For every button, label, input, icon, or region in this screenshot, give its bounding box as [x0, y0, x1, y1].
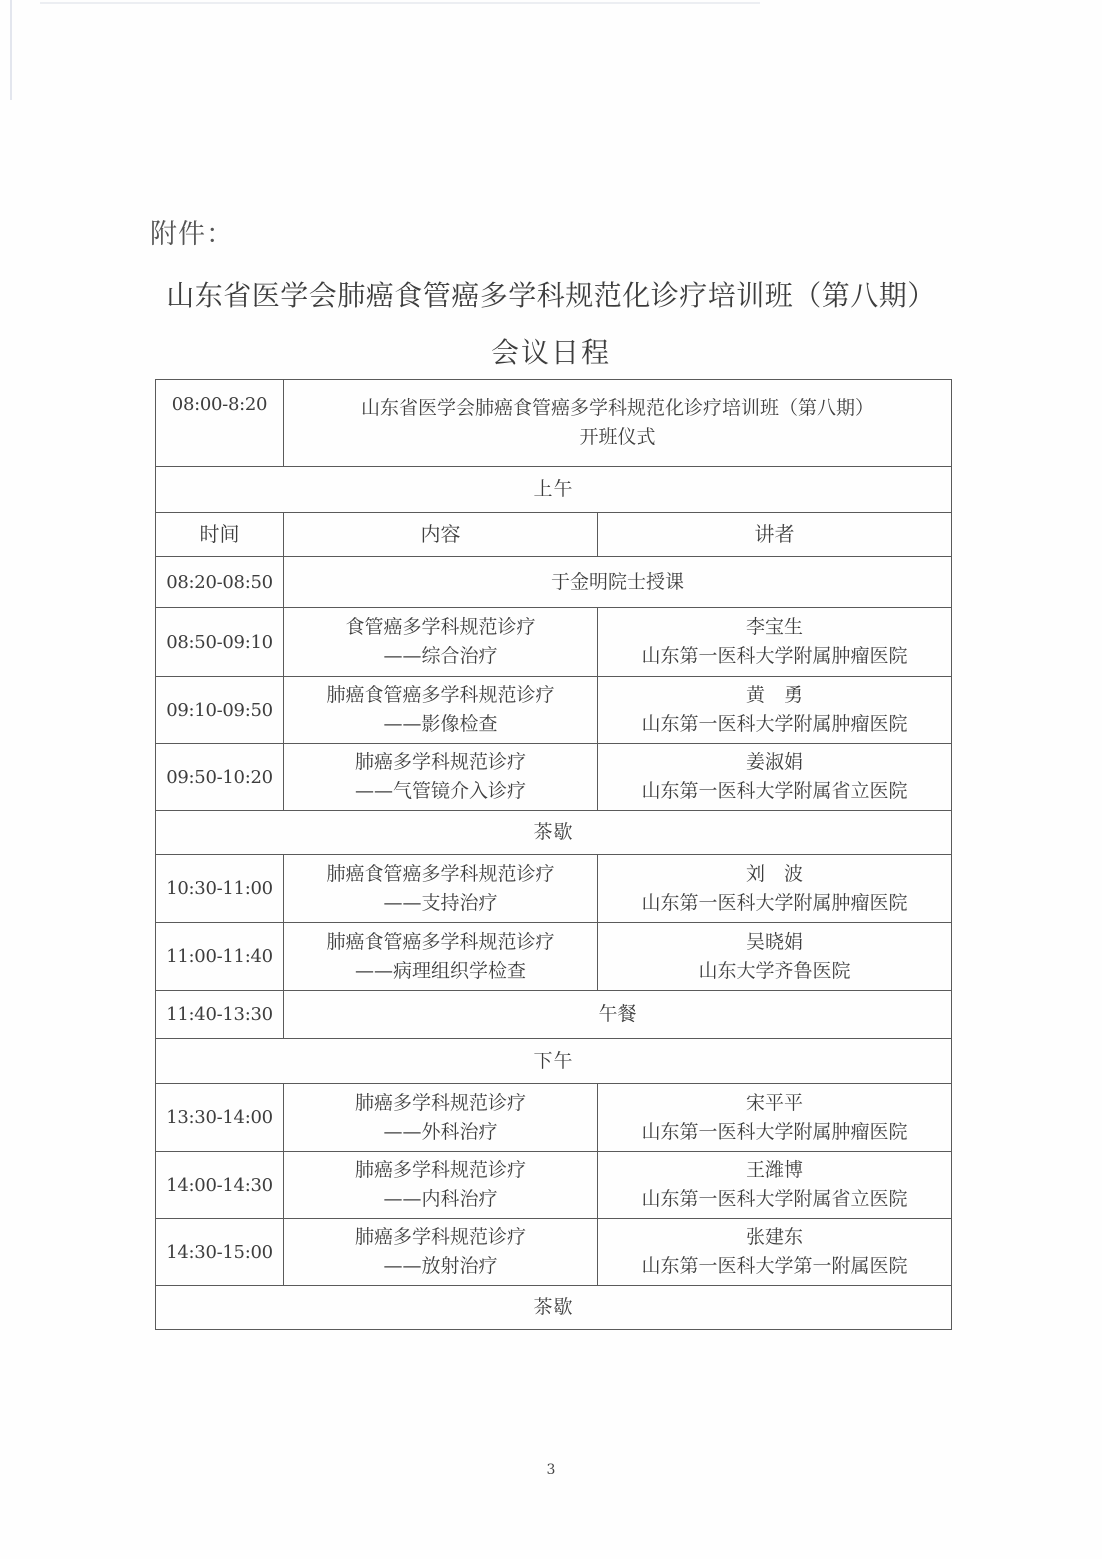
row-time: 09:50-10:20 — [156, 744, 284, 811]
row-content: 食管癌多学科规范诊疗 ——综合治疗 — [284, 608, 598, 677]
row-topic: 肺癌食管癌多学科规范诊疗 — [284, 928, 597, 957]
row-subtopic: ——外科治疗 — [284, 1118, 597, 1147]
row-topic: 肺癌多学科规范诊疗 — [284, 748, 597, 777]
row-speaker: 吴晓娟 山东大学齐鲁医院 — [598, 923, 952, 991]
speaker-affiliation: 山东第一医科大学第一附属医院 — [598, 1252, 951, 1281]
speaker-name: 李宝生 — [598, 613, 951, 642]
speaker-name: 宋平平 — [598, 1089, 951, 1118]
section-label-morning: 上午 — [156, 467, 952, 513]
attachment-label: 附件： — [150, 212, 234, 251]
speaker-affiliation: 山东第一医科大学附属肿瘤医院 — [598, 642, 951, 671]
break-row: 茶歇 — [156, 811, 952, 855]
speaker-affiliation: 山东第一医科大学附属肿瘤医院 — [598, 1118, 951, 1147]
opening-time: 08:00-8:20 — [156, 380, 284, 467]
page-number: 3 — [0, 1462, 1102, 1478]
row-time: 08:50-09:10 — [156, 608, 284, 677]
row-topic: 肺癌食管癌多学科规范诊疗 — [284, 681, 597, 710]
row-speaker: 王潍博 山东第一医科大学附属省立医院 — [598, 1152, 952, 1219]
row-subtopic: ——放射治疗 — [284, 1252, 597, 1281]
opening-content: 山东省医学会肺癌食管癌多学科规范化诊疗培训班（第八期） 开班仪式 — [284, 380, 952, 467]
row-topic: 肺癌食管癌多学科规范诊疗 — [284, 860, 597, 889]
header-speaker: 讲者 — [598, 513, 952, 557]
table-row: 11:40-13:30 午餐 — [156, 991, 952, 1039]
break-label: 茶歇 — [156, 811, 952, 855]
schedule-table: 08:00-8:20 山东省医学会肺癌食管癌多学科规范化诊疗培训班（第八期） 开… — [155, 379, 952, 1330]
table-row: 13:30-14:00 肺癌多学科规范诊疗 ——外科治疗 宋平平 山东第一医科大… — [156, 1084, 952, 1152]
opening-line-2: 开班仪式 — [284, 423, 951, 452]
document-page: 附件： 山东省医学会肺癌食管癌多学科规范化诊疗培训班（第八期） 会议日程 08:… — [0, 0, 1102, 1559]
row-time: 11:00-11:40 — [156, 923, 284, 991]
row-subtopic: ——气管镜介入诊疗 — [284, 777, 597, 806]
document-title: 山东省医学会肺癌食管癌多学科规范化诊疗培训班（第八期） — [0, 274, 1102, 314]
row-topic: 肺癌多学科规范诊疗 — [284, 1089, 597, 1118]
row-speaker: 李宝生 山东第一医科大学附属肿瘤医院 — [598, 608, 952, 677]
row-time: 14:30-15:00 — [156, 1219, 284, 1286]
opening-row: 08:00-8:20 山东省医学会肺癌食管癌多学科规范化诊疗培训班（第八期） 开… — [156, 380, 952, 467]
row-subtopic: ——影像检查 — [284, 710, 597, 739]
opening-line-1: 山东省医学会肺癌食管癌多学科规范化诊疗培训班（第八期） — [284, 394, 951, 423]
speaker-name: 刘 波 — [598, 860, 951, 889]
row-content: 肺癌多学科规范诊疗 ——内科治疗 — [284, 1152, 598, 1219]
row-topic: 肺癌多学科规范诊疗 — [284, 1223, 597, 1252]
table-row: 11:00-11:40 肺癌食管癌多学科规范诊疗 ——病理组织学检查 吴晓娟 山… — [156, 923, 952, 991]
row-content: 肺癌食管癌多学科规范诊疗 ——病理组织学检查 — [284, 923, 598, 991]
header-content: 内容 — [284, 513, 598, 557]
break-row: 茶歇 — [156, 1286, 952, 1330]
speaker-affiliation: 山东大学齐鲁医院 — [598, 957, 951, 986]
speaker-affiliation: 山东第一医科大学附属肿瘤医院 — [598, 889, 951, 918]
table-row: 09:10-09:50 肺癌食管癌多学科规范诊疗 ——影像检查 黄 勇 山东第一… — [156, 677, 952, 744]
row-time: 11:40-13:30 — [156, 991, 284, 1039]
row-content: 肺癌食管癌多学科规范诊疗 ——支持治疗 — [284, 855, 598, 923]
row-time: 10:30-11:00 — [156, 855, 284, 923]
document-subtitle: 会议日程 — [0, 331, 1102, 371]
table-row: 08:20-08:50 于金明院士授课 — [156, 557, 952, 608]
row-time: 13:30-14:00 — [156, 1084, 284, 1152]
row-subtopic: ——病理组织学检查 — [284, 957, 597, 986]
row-subtopic: ——内科治疗 — [284, 1185, 597, 1214]
row-time: 14:00-14:30 — [156, 1152, 284, 1219]
speaker-name: 姜淑娟 — [598, 748, 951, 777]
speaker-name: 王潍博 — [598, 1156, 951, 1185]
row-content: 肺癌多学科规范诊疗 ——放射治疗 — [284, 1219, 598, 1286]
section-label-afternoon: 下午 — [156, 1039, 952, 1084]
table-header-row: 时间 内容 讲者 — [156, 513, 952, 557]
speaker-affiliation: 山东第一医科大学附属肿瘤医院 — [598, 710, 951, 739]
table-row: 14:30-15:00 肺癌多学科规范诊疗 ——放射治疗 张建东 山东第一医科大… — [156, 1219, 952, 1286]
row-speaker: 姜淑娟 山东第一医科大学附属省立医院 — [598, 744, 952, 811]
speaker-name: 吴晓娟 — [598, 928, 951, 957]
speaker-name: 张建东 — [598, 1223, 951, 1252]
row-time: 09:10-09:50 — [156, 677, 284, 744]
row-span-content: 午餐 — [284, 991, 952, 1039]
table-row: 09:50-10:20 肺癌多学科规范诊疗 ——气管镜介入诊疗 姜淑娟 山东第一… — [156, 744, 952, 811]
section-row-morning: 上午 — [156, 467, 952, 513]
break-label: 茶歇 — [156, 1286, 952, 1330]
scan-edge-artifact — [10, 0, 12, 100]
speaker-affiliation: 山东第一医科大学附属省立医院 — [598, 1185, 951, 1214]
row-content: 肺癌食管癌多学科规范诊疗 ——影像检查 — [284, 677, 598, 744]
row-speaker: 黄 勇 山东第一医科大学附属肿瘤医院 — [598, 677, 952, 744]
row-content: 肺癌多学科规范诊疗 ——外科治疗 — [284, 1084, 598, 1152]
row-content: 肺癌多学科规范诊疗 ——气管镜介入诊疗 — [284, 744, 598, 811]
speaker-affiliation: 山东第一医科大学附属省立医院 — [598, 777, 951, 806]
row-time: 08:20-08:50 — [156, 557, 284, 608]
row-topic: 食管癌多学科规范诊疗 — [284, 613, 597, 642]
header-time: 时间 — [156, 513, 284, 557]
table-row: 14:00-14:30 肺癌多学科规范诊疗 ——内科治疗 王潍博 山东第一医科大… — [156, 1152, 952, 1219]
row-subtopic: ——综合治疗 — [284, 642, 597, 671]
section-row-afternoon: 下午 — [156, 1039, 952, 1084]
table-row: 10:30-11:00 肺癌食管癌多学科规范诊疗 ——支持治疗 刘 波 山东第一… — [156, 855, 952, 923]
scan-edge-artifact — [40, 2, 760, 4]
row-speaker: 张建东 山东第一医科大学第一附属医院 — [598, 1219, 952, 1286]
row-subtopic: ——支持治疗 — [284, 889, 597, 918]
row-speaker: 刘 波 山东第一医科大学附属肿瘤医院 — [598, 855, 952, 923]
table-row: 08:50-09:10 食管癌多学科规范诊疗 ——综合治疗 李宝生 山东第一医科… — [156, 608, 952, 677]
row-speaker: 宋平平 山东第一医科大学附属肿瘤医院 — [598, 1084, 952, 1152]
row-topic: 肺癌多学科规范诊疗 — [284, 1156, 597, 1185]
row-span-content: 于金明院士授课 — [284, 557, 952, 608]
speaker-name: 黄 勇 — [598, 681, 951, 710]
